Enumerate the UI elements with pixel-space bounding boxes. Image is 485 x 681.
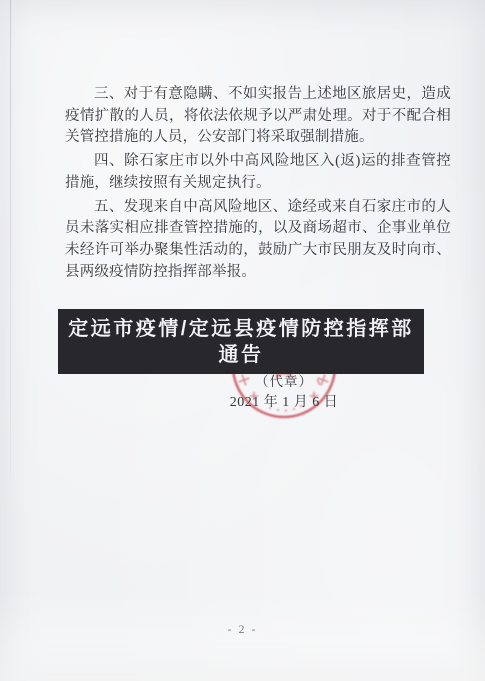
scan-fold-line [10, 0, 11, 480]
title-banner: 定远市疫情/定远县疫情防控指挥部 通告 [58, 309, 424, 374]
scanned-notice-page: 三、对于有意隐瞒、不如实报告上述地区旅居史，造成疫情扩散的人员，将依法依规予以严… [0, 0, 485, 681]
banner-title-line1: 定远市疫情/定远县疫情防控指挥部 [68, 316, 414, 342]
paragraph-item-3: 三、对于有意隐瞒、不如实报告上述地区旅居史，造成疫情扩散的人员，将依法依规予以严… [65, 84, 451, 149]
paragraph-item-5: 五、发现来自中高风险地区、途经或来自石家庄市的人员未落实相应排查管控措施的，以及… [65, 197, 451, 284]
paragraph-item-4: 四、除石家庄市以外中高风险地区入(返)运的排查管控措施，继续按照有关规定执行。 [65, 151, 451, 194]
issue-date: 2021 年 1 月 6 日 [204, 391, 364, 411]
notice-body: 三、对于有意隐瞒、不如实报告上述地区旅居史，造成疫情扩散的人员，将依法依规予以严… [65, 84, 451, 285]
seal-note: （代章） [204, 370, 364, 390]
banner-title-line2: 通告 [219, 342, 264, 368]
page-number: - 2 - [0, 622, 485, 637]
